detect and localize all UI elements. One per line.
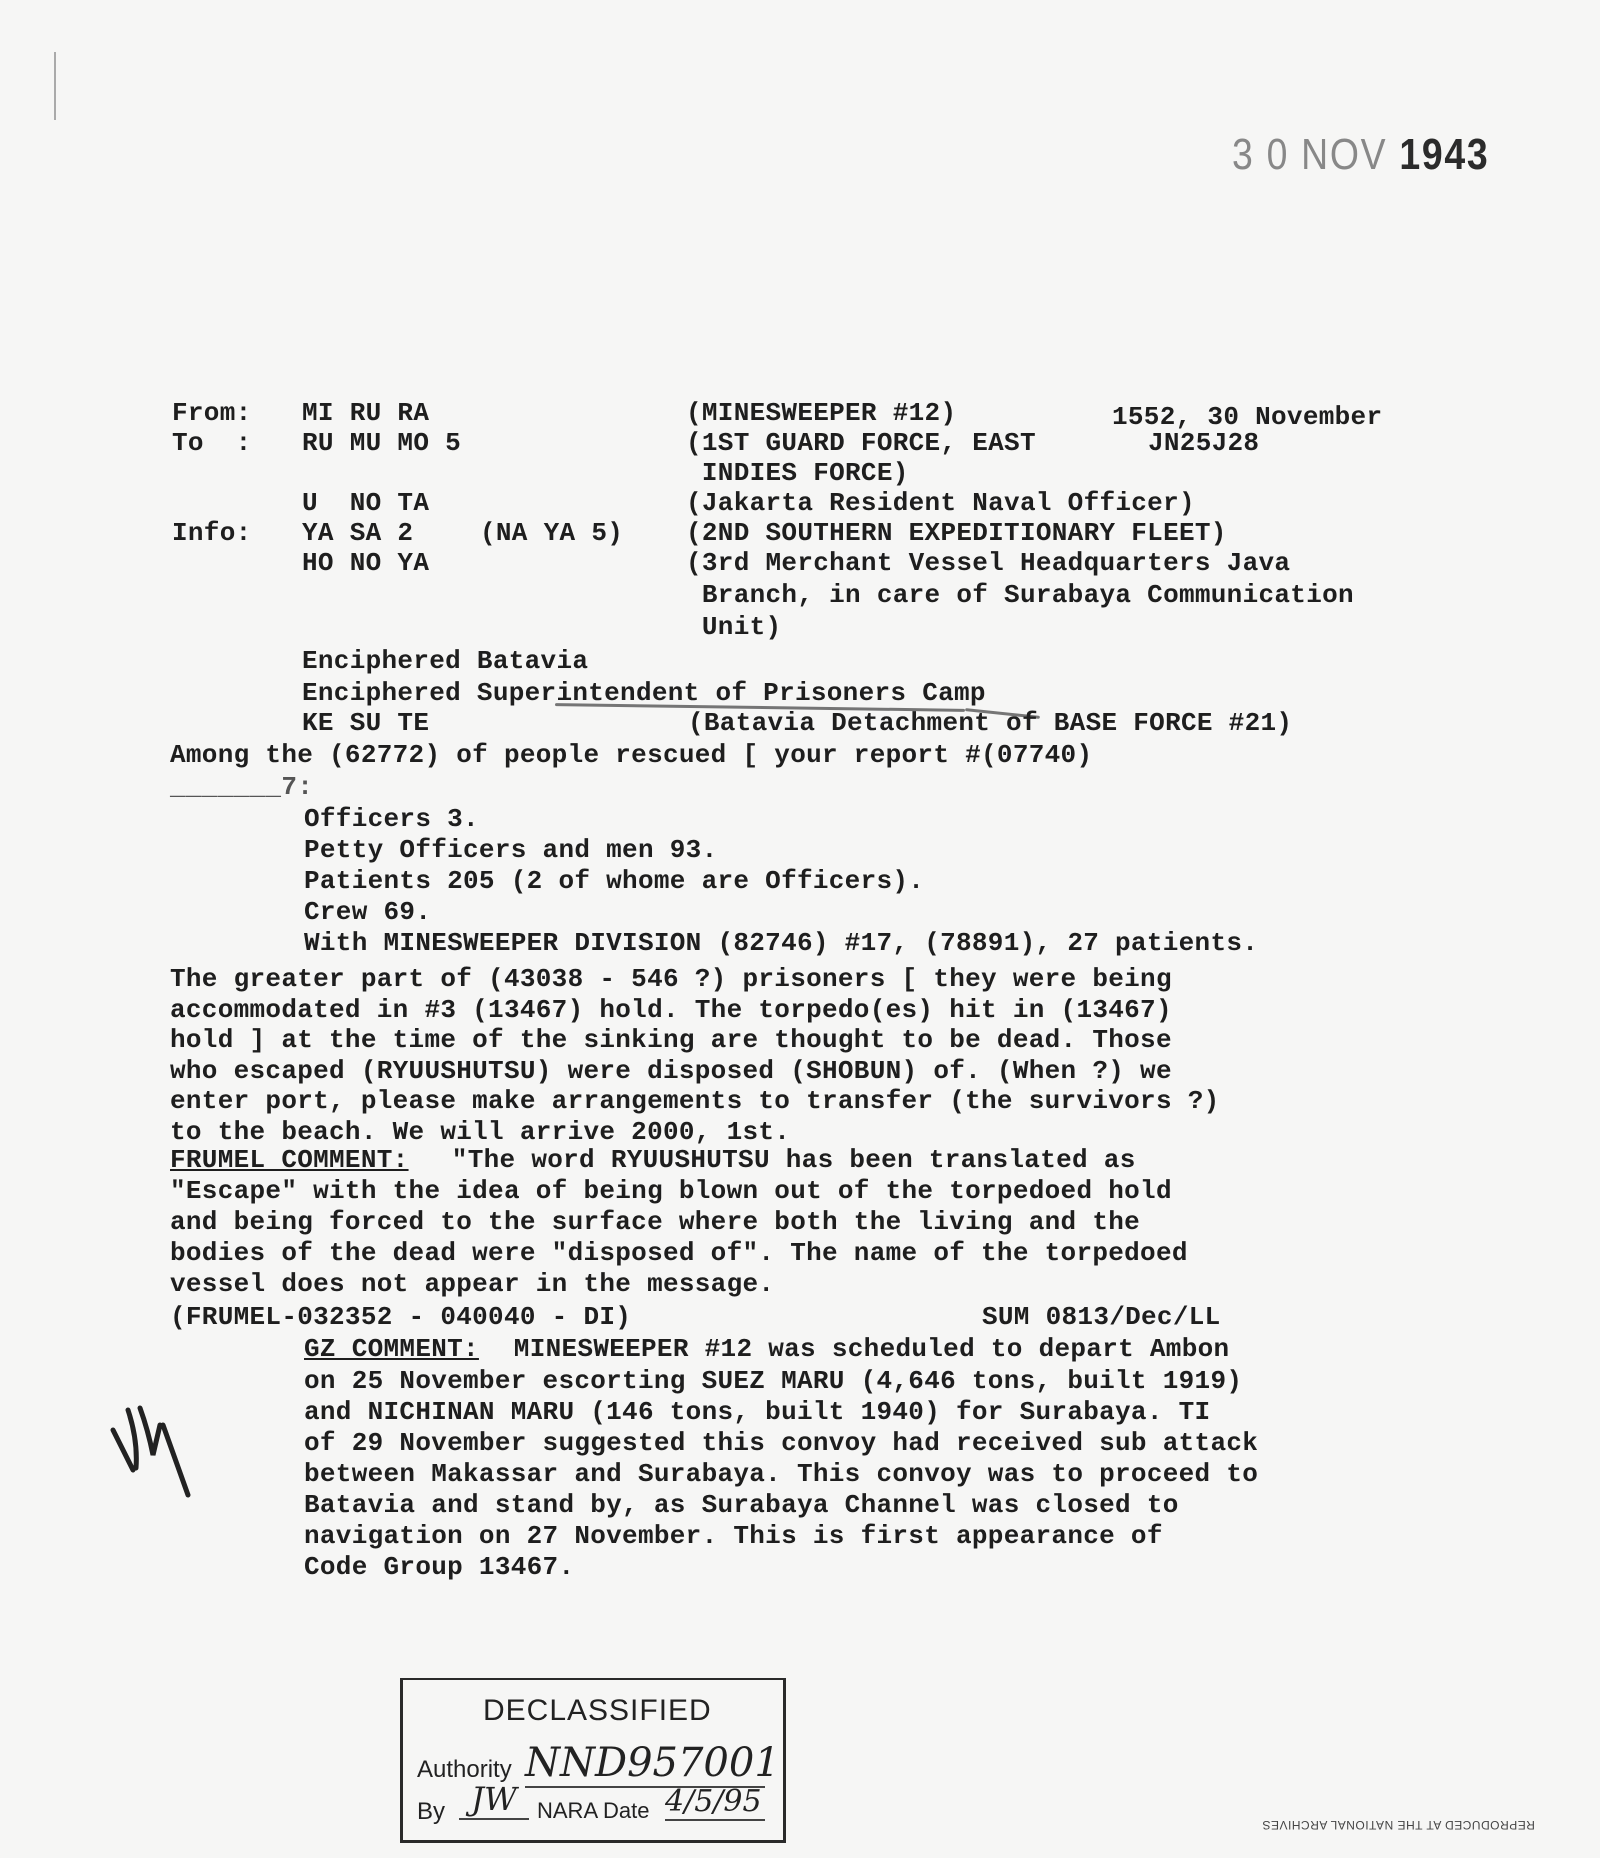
date-stamp-day-month: 3 0 NOV bbox=[1232, 130, 1387, 179]
list-item: Petty Officers and men 93. bbox=[304, 835, 717, 865]
list-item: With MINESWEEPER DIVISION (82746) #17, (… bbox=[304, 928, 1258, 958]
info-label: Info: bbox=[172, 518, 252, 548]
frumel-comment-label: FRUMEL COMMENT: bbox=[170, 1145, 409, 1175]
info-desc: (2ND SOUTHERN EXPEDITIONARY FLEET) bbox=[686, 518, 1227, 548]
list-item: Officers 3. bbox=[304, 804, 479, 834]
paragraph-line: to the beach. We will arrive 2000, 1st. bbox=[170, 1117, 790, 1147]
gz-line: on 25 November escorting SUEZ MARU (4,64… bbox=[304, 1366, 1242, 1396]
to-code: RU MU MO 5 bbox=[302, 428, 461, 458]
paragraph-line: accommodated in #3 (13467) hold. The tor… bbox=[170, 995, 1172, 1025]
to2-desc: (Jakarta Resident Naval Officer) bbox=[686, 488, 1195, 518]
nara-date-value: 4/5/95 bbox=[665, 1784, 765, 1821]
declassified-title: DECLASSIFIED bbox=[483, 1694, 712, 1728]
nara-date-label: NARA Date bbox=[537, 1798, 650, 1824]
document-page: 3 0 NOV 1943 From: MI RU RA (MINESWEEPER… bbox=[0, 0, 1600, 1858]
by-value: JW bbox=[459, 1780, 529, 1820]
frumel-ref: (FRUMEL-032352 - 040040 - DI) bbox=[170, 1302, 631, 1332]
sum-ref: SUM 0813/Dec/LL bbox=[982, 1302, 1221, 1332]
kesute-code: KE SU TE bbox=[302, 708, 429, 738]
gz-comment-label: GZ COMMENT: bbox=[304, 1334, 479, 1364]
message-ref: JN25J28 bbox=[1148, 428, 1259, 458]
archives-footer: REPRODUCED AT THE NATIONAL ARCHIVES bbox=[1262, 1818, 1535, 1832]
list-item: Patients 205 (2 of whome are Officers). bbox=[304, 866, 924, 896]
from-label: From: bbox=[172, 398, 252, 428]
to-desc: (1ST GUARD FORCE, EAST bbox=[686, 428, 1036, 458]
frumel-line: vessel does not appear in the message. bbox=[170, 1269, 774, 1299]
info-code: YA SA 2 bbox=[302, 518, 413, 548]
kesute-desc: (Batavia Detachment of BASE FORCE #21) bbox=[688, 708, 1292, 738]
among-line-cont: _______7: bbox=[170, 772, 313, 802]
from-code: MI RU RA bbox=[302, 398, 429, 428]
gz-line: Batavia and stand by, as Surabaya Channe… bbox=[304, 1490, 1179, 1520]
date-stamp: 3 0 NOV 1943 bbox=[1232, 130, 1489, 180]
info2-desc: (3rd Merchant Vessel Headquarters Java bbox=[686, 548, 1290, 578]
by-label: By bbox=[417, 1798, 445, 1826]
paragraph-line: enter port, please make arrangements to … bbox=[170, 1086, 1220, 1116]
gz-line: navigation on 27 November. This is first… bbox=[304, 1521, 1163, 1551]
gz-line: between Makassar and Surabaya. This conv… bbox=[304, 1459, 1258, 1489]
frumel-line: "The word RYUUSHUTSU has been translated… bbox=[420, 1145, 1136, 1175]
margin-mark bbox=[54, 52, 56, 120]
paragraph-line: who escaped (RYUUSHUTSU) were disposed (… bbox=[170, 1056, 1172, 1086]
among-line: Among the (62772) of people rescued [ yo… bbox=[170, 740, 1092, 770]
paragraph-line: hold ] at the time of the sinking are th… bbox=[170, 1025, 1172, 1055]
gz-line: MINESWEEPER #12 was scheduled to depart … bbox=[482, 1334, 1229, 1364]
frumel-line: bodies of the dead were "disposed of". T… bbox=[170, 1238, 1188, 1268]
info2-desc-cont1: Branch, in care of Surabaya Communicatio… bbox=[686, 580, 1354, 610]
gz-line: Code Group 13467. bbox=[304, 1552, 574, 1582]
info2-code: HO NO YA bbox=[302, 548, 429, 578]
frumel-line: and being forced to the surface where bo… bbox=[170, 1207, 1140, 1237]
date-stamp-year: 1943 bbox=[1399, 130, 1489, 179]
authority-value: NND957001 bbox=[525, 1740, 765, 1788]
to-label: To : bbox=[172, 428, 252, 458]
handwritten-initials bbox=[108, 1400, 198, 1500]
from-desc: (MINESWEEPER #12) bbox=[686, 398, 956, 428]
paragraph-line: The greater part of (43038 - 546 ?) pris… bbox=[170, 964, 1172, 994]
info-sub: (NA YA 5) bbox=[480, 518, 623, 548]
to2-code: U NO TA bbox=[302, 488, 429, 518]
gz-line: of 29 November suggested this convoy had… bbox=[304, 1428, 1258, 1458]
gz-line: and NICHINAN MARU (146 tons, built 1940)… bbox=[304, 1397, 1210, 1427]
to-desc-cont: INDIES FORCE) bbox=[686, 458, 909, 488]
list-item: Crew 69. bbox=[304, 897, 431, 927]
enciphered-batavia: Enciphered Batavia bbox=[302, 646, 588, 676]
info2-desc-cont2: Unit) bbox=[686, 612, 781, 642]
declassified-stamp: DECLASSIFIED Authority NND957001 By JW N… bbox=[400, 1678, 786, 1843]
frumel-line: "Escape" with the idea of being blown ou… bbox=[170, 1176, 1172, 1206]
